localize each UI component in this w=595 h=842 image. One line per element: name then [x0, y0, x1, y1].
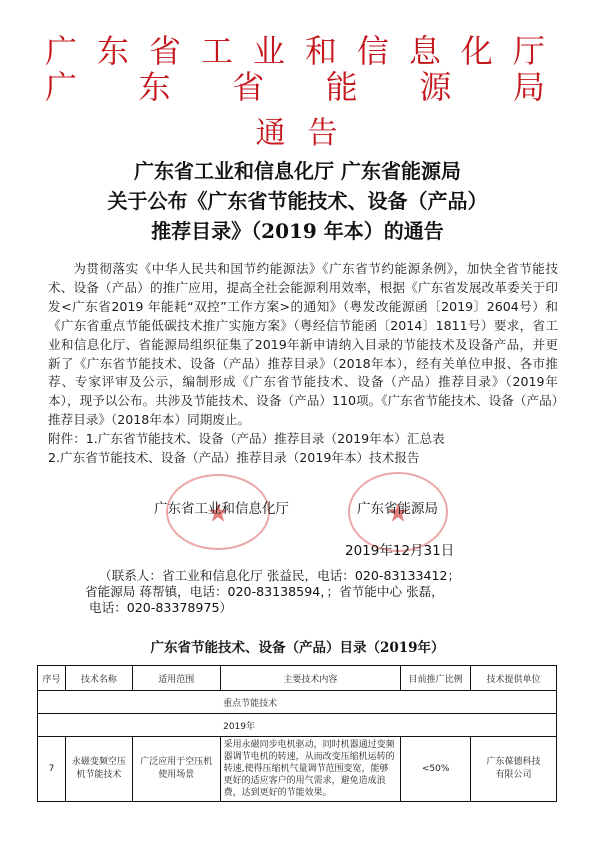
section-label: 重点节能技术 [220, 691, 556, 714]
letterhead-char: 厅 [513, 32, 545, 70]
letterhead-line-2: 广 东 省 能 源 局 [45, 68, 545, 106]
letterhead-char: 省 [149, 32, 181, 70]
header-provider: 技术提供单位 [471, 666, 557, 691]
attachment-1: 附件：1.广东省节能技术、设备（产品）推荐目录（2019年本）汇总表 [48, 430, 558, 449]
header-no: 序号 [38, 666, 66, 691]
catalog-table: 序号 技术名称 适用范围 主要技术内容 目前推广比例 技术提供单位 重点节能技术… [37, 665, 557, 802]
title-line-1: 广东省工业和信息化厅 广东省能源局 [0, 156, 595, 186]
contact-info: （联系人：省工业和信息化厅 张益民，电话：020-83133412； 省能源局 … [85, 568, 565, 616]
letterhead-char: 省 [232, 68, 264, 106]
letterhead-line-1: 广 东 省 工 业 和 信 息 化 厅 [45, 32, 545, 70]
table-row: 7 永磁变频空压机节能技术 广泛应用于空压机使用场景 采用永磁同步电机驱动，同时… [38, 737, 557, 802]
letterhead-char: 源 [419, 68, 451, 106]
header-scope: 适用范围 [132, 666, 220, 691]
header-name: 技术名称 [65, 666, 132, 691]
signature-date: 2019年12月31日 [345, 539, 454, 559]
cell-provider: 广东葆德科技有限公司 [471, 737, 557, 802]
letterhead-char: 化 [461, 32, 493, 70]
title-line-3: 推荐目录》（2019 年本）的通告 [0, 216, 595, 246]
year-row: 2019年 [38, 714, 557, 737]
catalog-title: 广东省节能技术、设备（产品）目录（2019年） [0, 636, 595, 656]
year-label: 2019年 [220, 714, 556, 737]
cell-scope: 广泛应用于空压机使用场景 [132, 737, 220, 802]
signature-org-2: 广东省能源局 [357, 497, 438, 517]
letterhead-char: 能 [326, 68, 358, 106]
doc-type-heading: 通告 [0, 108, 595, 152]
signature-org-1: 广东省工业和信息化厅 [154, 497, 289, 517]
contact-line-2: 省能源局 蒋帮镇，电话：020-83138594，；省节能中心 张磊， [85, 584, 565, 600]
letterhead-char: 广 [45, 68, 77, 106]
letterhead-char: 东 [97, 32, 129, 70]
letterhead-char: 和 [305, 32, 337, 70]
cell-no: 7 [38, 737, 66, 802]
contact-line-1: （联系人：省工业和信息化厅 张益民，电话：020-83133412； [85, 568, 565, 584]
cell-content: 采用永磁同步电机驱动，同时机器通过变频器调节电机的转速，从而改变压缩机运转的转速… [220, 737, 401, 802]
cell-ratio: <50% [401, 737, 471, 802]
section-row: 重点节能技术 [38, 691, 557, 714]
cell-name: 永磁变频空压机节能技术 [65, 737, 132, 802]
letterhead-char: 工 [201, 32, 233, 70]
notice-body: 为贯彻落实《中华人民共和国节约能源法》《广东省节约能源条例》，加快全省节能技术、… [48, 260, 558, 468]
letterhead-char: 信 [357, 32, 389, 70]
title-line-2: 关于公布《广东省节能技术、设备（产品） [0, 186, 595, 216]
letterhead-char: 息 [409, 32, 441, 70]
header-ratio: 目前推广比例 [401, 666, 471, 691]
notice-title: 广东省工业和信息化厅 广东省能源局 关于公布《广东省节能技术、设备（产品） 推荐… [0, 156, 595, 246]
attachment-2: 2.广东省节能技术、设备（产品）推荐目录（2019年本）技术报告 [48, 449, 558, 468]
contact-line-3: 电话：020-83378975） [85, 600, 565, 616]
letterhead-char: 局 [513, 68, 545, 106]
letterhead-char: 业 [253, 32, 285, 70]
header-content: 主要技术内容 [220, 666, 401, 691]
letterhead-char: 广 [45, 32, 77, 70]
table-header-row: 序号 技术名称 适用范围 主要技术内容 目前推广比例 技术提供单位 [38, 666, 557, 691]
body-paragraph: 为贯彻落实《中华人民共和国节约能源法》《广东省节约能源条例》，加快全省节能技术、… [48, 260, 558, 430]
letterhead-char: 东 [139, 68, 171, 106]
